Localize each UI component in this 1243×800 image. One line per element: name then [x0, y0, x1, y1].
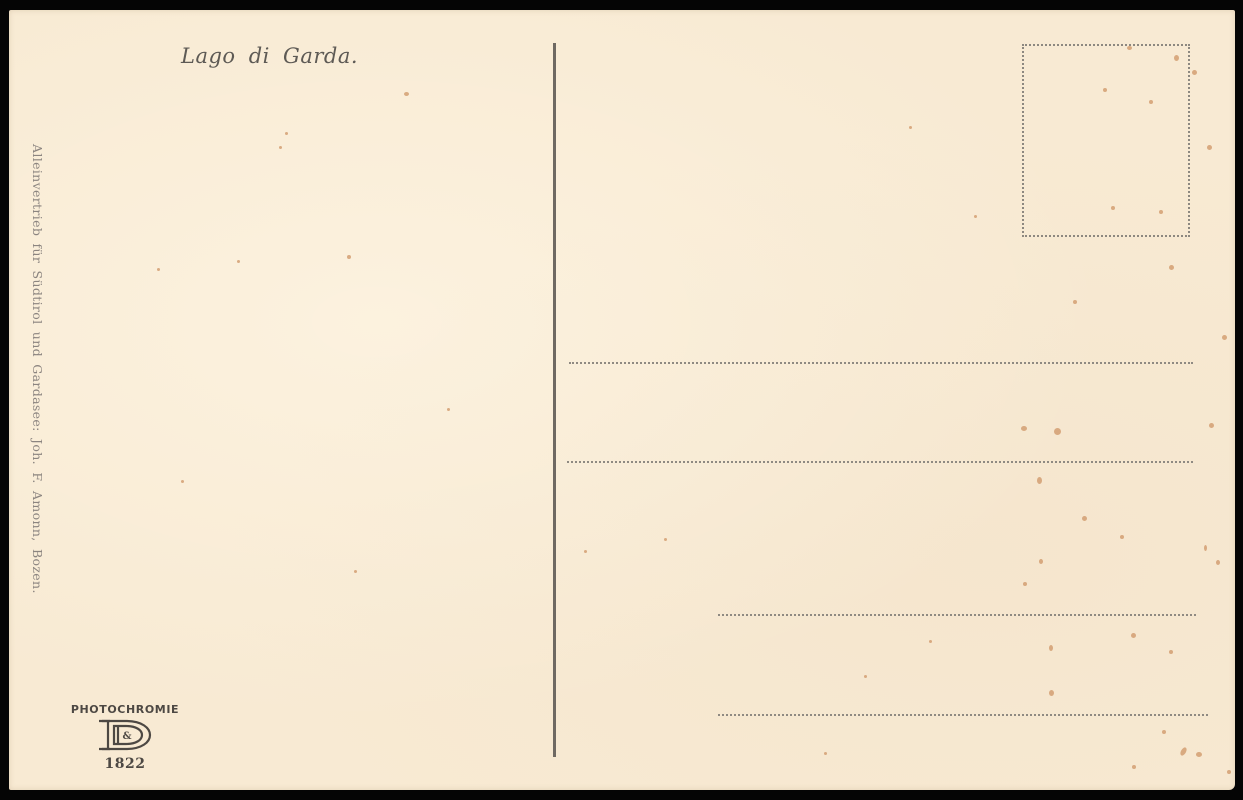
address-line-1 — [569, 362, 1193, 364]
stamp-box — [1022, 44, 1190, 237]
center-divider — [553, 43, 556, 757]
postcard-back: Lago di Garda. Alleinvertrieb für Südtir… — [9, 10, 1235, 790]
dd-monogram-icon: & — [96, 718, 154, 752]
address-line-4 — [718, 714, 1208, 716]
address-line-3 — [718, 614, 1196, 616]
svg-text:&: & — [122, 731, 131, 742]
address-line-2 — [567, 461, 1193, 463]
card-number: 1822 — [55, 756, 195, 772]
logo-label: PHOTOCHROMIE — [55, 703, 195, 716]
publisher-imprint: Alleinvertrieb für Südtirol und Gardasee… — [29, 144, 45, 664]
postcard-title: Lago di Garda. — [181, 44, 358, 68]
publisher-logo: PHOTOCHROMIE & 1822 — [55, 703, 195, 772]
